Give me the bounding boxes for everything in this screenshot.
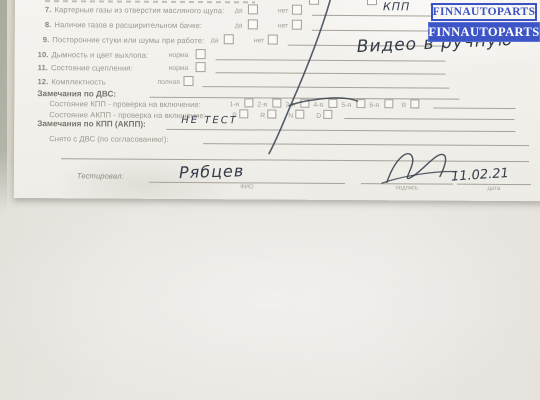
finnautoparts-watermark-solid: FINNAUTOPARTS xyxy=(428,22,540,42)
signature-stroke xyxy=(387,154,446,183)
photo: 7.Картерные газы из отверстия масляного … xyxy=(0,0,540,400)
inspection-form-paper: 7.Картерные газы из отверстия масляного … xyxy=(0,0,540,400)
hook-stroke xyxy=(289,98,357,107)
big-slash-stroke xyxy=(269,0,333,154)
pen-strokes xyxy=(0,0,540,400)
finnautoparts-watermark-outline: FINNAUTOPARTS xyxy=(431,3,537,21)
signature-underline-stroke xyxy=(382,171,457,184)
